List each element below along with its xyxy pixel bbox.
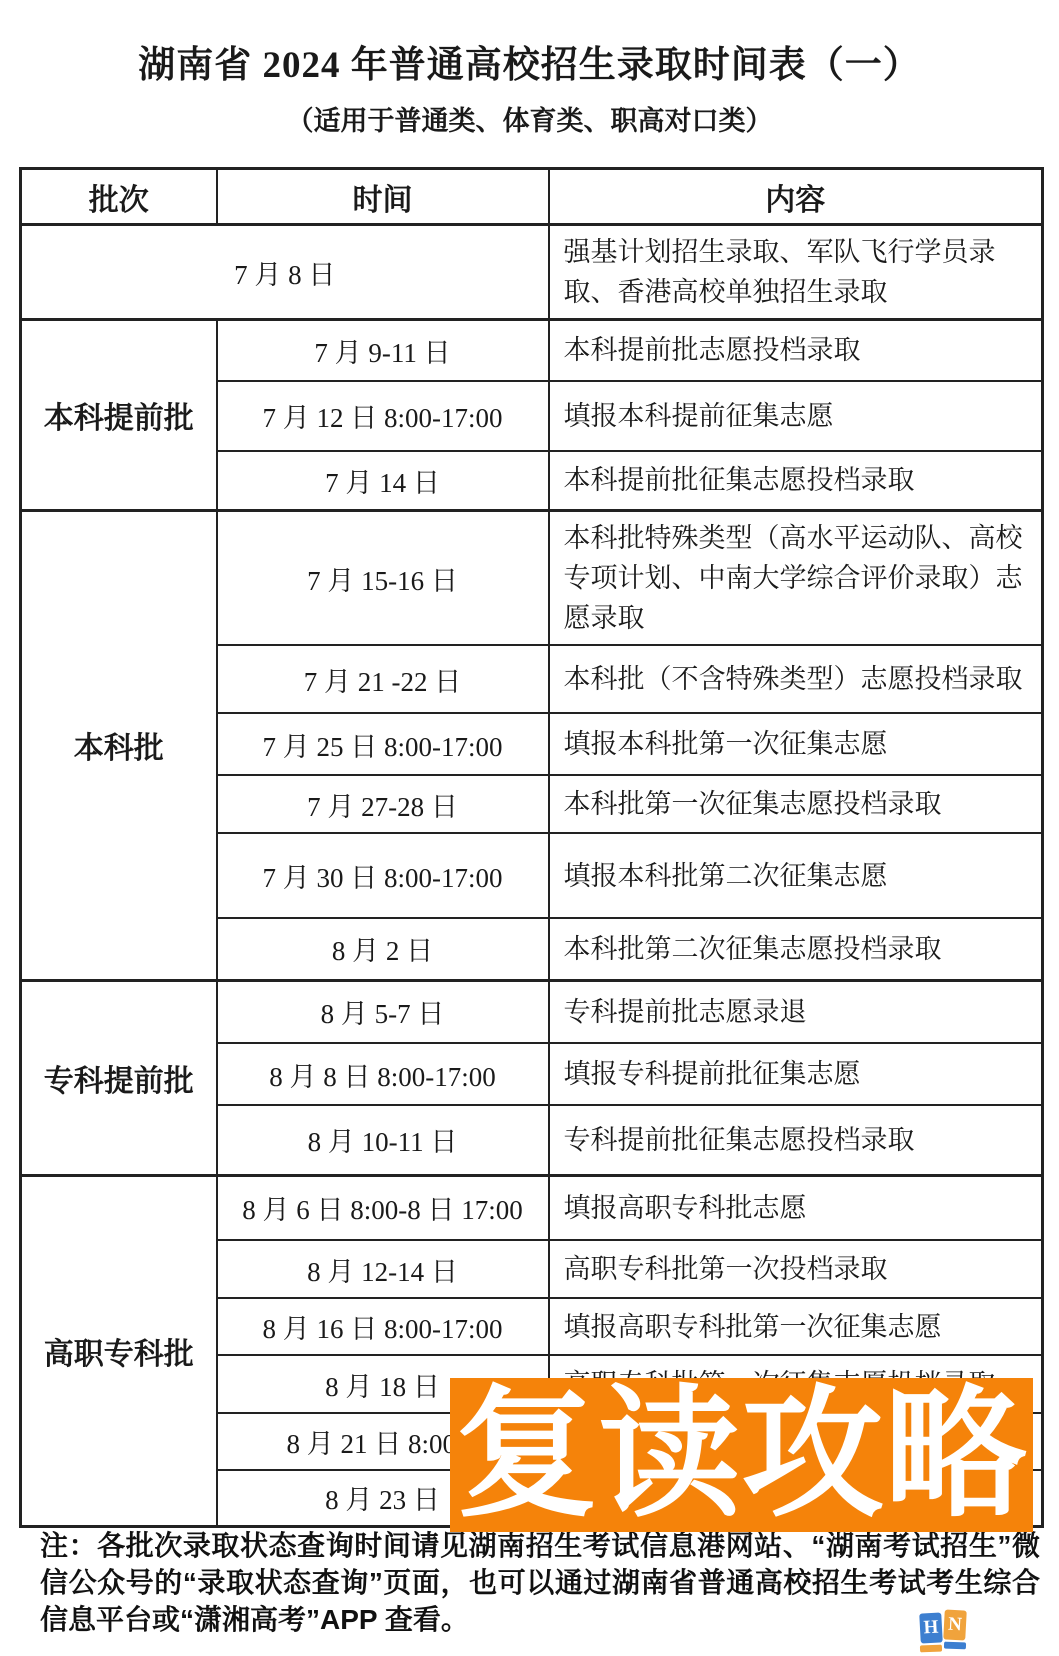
logo-tile-h: H [919,1612,943,1643]
time-cell: 8 月 16 日 8:00-17:00 [217,1298,549,1355]
content-cell: 本科批（不含特殊类型）志愿投档录取 [549,645,1043,713]
time-cell: 7 月 21 -22 日 [217,645,549,713]
time-cell: 8 月 10-11 日 [217,1105,549,1175]
content-cell: 本科批第二次征集志愿投档录取 [549,918,1043,980]
page-title: 湖南省 2024 年普通高校招生录取时间表（一） [0,34,1059,88]
content-cell: 填报本科提前征集志愿 [549,381,1043,451]
watermark-text: 复读攻略 [456,1384,1028,1526]
table-row: 本科批 7 月 15-16 日 本科批特殊类型（高水平运动队、高校专项计划、中南… [21,511,1043,646]
time-cell: 8 月 6 日 8:00-8 日 17:00 [217,1175,549,1240]
content-cell: 高职专科批第一次投档录取 [549,1240,1043,1298]
column-header-time: 时间 [217,169,549,225]
content-cell: 本科批特殊类型（高水平运动队、高校专项计划、中南大学综合评价录取）志愿录取 [549,511,1043,646]
content-cell: 强基计划招生录取、军队飞行学员录取、香港高校单独招生录取 [549,225,1043,320]
time-cell: 7 月 9-11 日 [217,320,549,381]
column-header-batch: 批次 [21,169,217,225]
content-cell: 本科提前批志愿投档录取 [549,320,1043,381]
content-cell: 填报专科提前批征集志愿 [549,1043,1043,1105]
logo-tile-n: N [943,1609,967,1640]
table-row: 7 月 8 日 强基计划招生录取、军队飞行学员录取、香港高校单独招生录取 [21,225,1043,320]
content-cell: 填报本科批第二次征集志愿 [549,833,1043,918]
table-header-row: 批次 时间 内容 [21,169,1043,225]
content-cell: 专科提前批志愿录退 [549,980,1043,1043]
time-cell: 7 月 12 日 8:00-17:00 [217,381,549,451]
batch-cell: 高职专科批 [21,1175,217,1526]
logo-strip-orange [920,1645,942,1653]
time-cell: 7 月 25 日 8:00-17:00 [217,713,549,775]
content-cell: 填报高职专科批第一次征集志愿 [549,1298,1043,1355]
time-cell: 8 月 2 日 [217,918,549,980]
logo-strip-blue [944,1642,966,1650]
time-cell: 8 月 8 日 8:00-17:00 [217,1043,549,1105]
content-cell: 本科提前批征集志愿投档录取 [549,451,1043,511]
time-cell: 8 月 12-14 日 [217,1240,549,1298]
admission-schedule-table: 批次 时间 内容 7 月 8 日 强基计划招生录取、军队飞行学员录取、香港高校单… [19,167,1044,1528]
batch-cell: 专科提前批 [21,980,217,1175]
table-row: 本科提前批 7 月 9-11 日 本科提前批志愿投档录取 [21,320,1043,381]
content-cell: 专科提前批征集志愿投档录取 [549,1105,1043,1175]
time-cell: 7 月 8 日 [21,225,549,320]
time-cell: 8 月 5-7 日 [217,980,549,1043]
table-row: 高职专科批 8 月 6 日 8:00-8 日 17:00 填报高职专科批志愿 [21,1175,1043,1240]
content-cell: 填报本科批第一次征集志愿 [549,713,1043,775]
time-cell: 7 月 14 日 [217,451,549,511]
time-cell: 7 月 27-28 日 [217,775,549,833]
page-subtitle: （适用于普通类、体育类、职高对口类） [0,99,1059,138]
footer-note: 注：各批次录取状态查询时间请见湖南招生考试信息港网站、“湖南考试招生”微信公众号… [40,1527,1040,1638]
content-cell: 本科批第一次征集志愿投档录取 [549,775,1043,833]
watermark-overlay: 复读攻略 [450,1378,1033,1532]
batch-cell: 本科提前批 [21,320,217,511]
content-cell: 填报高职专科批志愿 [549,1175,1043,1240]
hn-logo: H N [920,1608,972,1654]
table-row: 专科提前批 8 月 5-7 日 专科提前批志愿录退 [21,980,1043,1043]
time-cell: 7 月 15-16 日 [217,511,549,646]
document-page: 湖南省 2024 年普通高校招生录取时间表（一） （适用于普通类、体育类、职高对… [0,0,1059,1656]
batch-cell: 本科批 [21,511,217,981]
time-cell: 7 月 30 日 8:00-17:00 [217,833,549,918]
column-header-content: 内容 [549,169,1043,225]
